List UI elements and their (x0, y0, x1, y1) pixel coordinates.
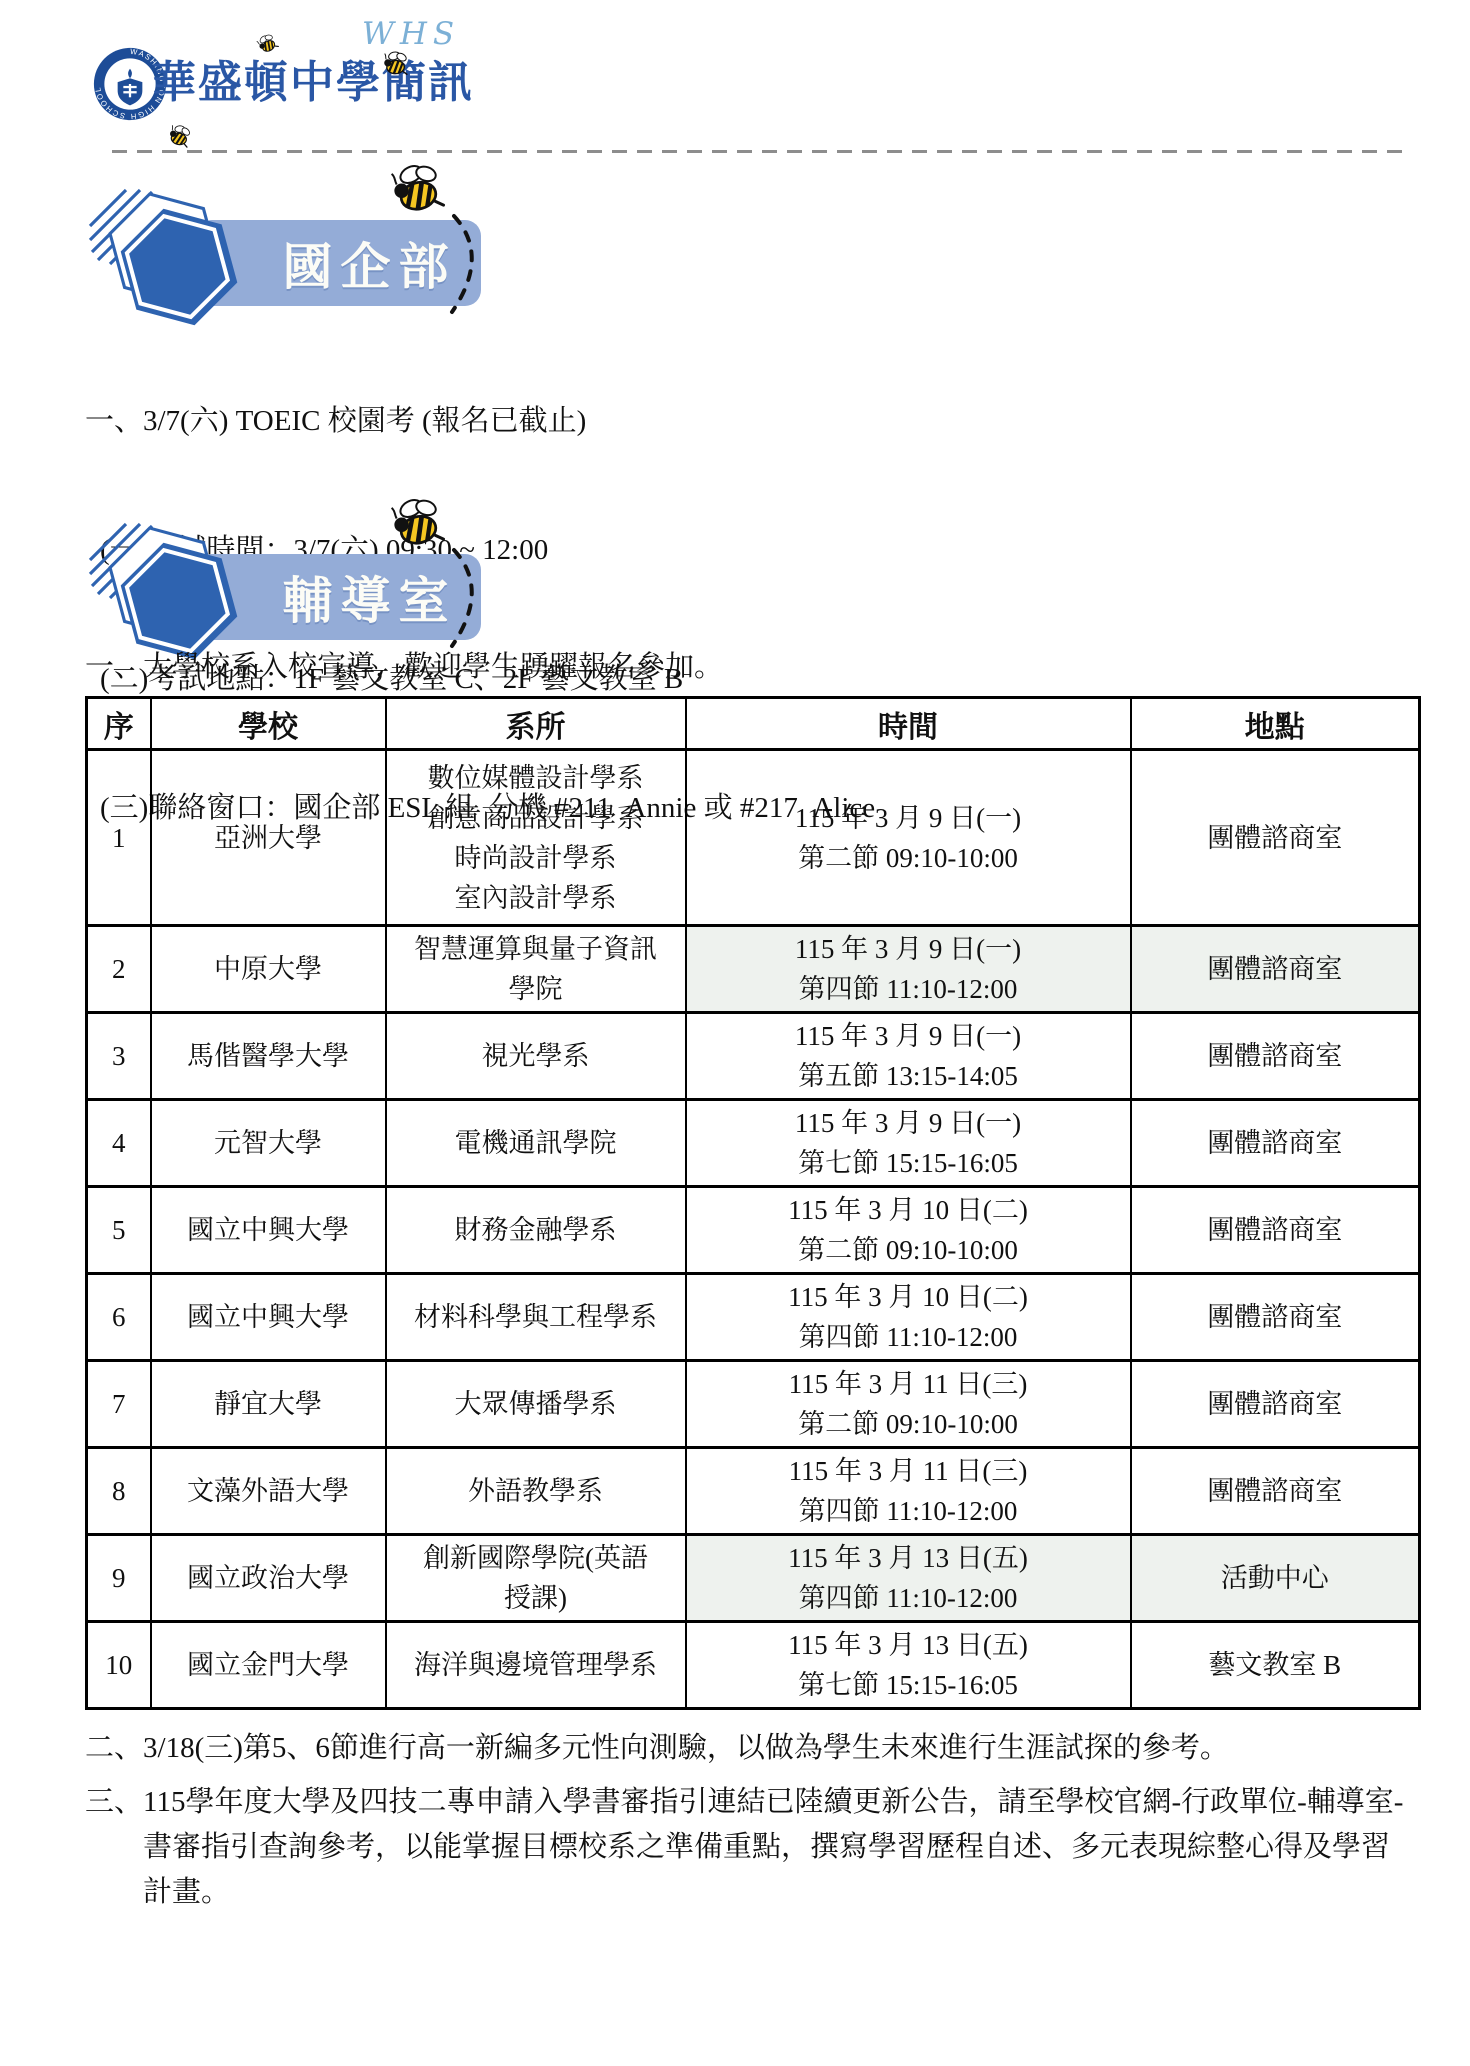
counseling-section: 一、大學校系入校宣導，歡迎學生踴躍報名參加。 序 學校 系所 時間 地點 1 亞… (85, 644, 1423, 1924)
table-row: 8 文藻外語大學 外語教學系 115 年 3 月 11 日(三) 第四節 11:… (87, 1448, 1420, 1535)
cell-dept: 大眾傳播學系 (386, 1361, 686, 1448)
table-row: 10 國立金門大學 海洋與邊境管理學系 115 年 3 月 13 日(五) 第七… (87, 1622, 1420, 1709)
university-visit-table: 序 學校 系所 時間 地點 1 亞洲大學 數位媒體設計學系 創意商品設計學系 時… (85, 696, 1421, 1710)
cell-no: 7 (87, 1361, 151, 1448)
column-header-time: 時間 (686, 698, 1131, 750)
cell-location: 團體諮商室 (1131, 1274, 1420, 1361)
cell-no: 6 (87, 1274, 151, 1361)
cell-time: 115 年 3 月 11 日(三) 第二節 09:10-10:00 (686, 1361, 1131, 1448)
cell-dept: 智慧運算與量子資訊 學院 (386, 926, 686, 1013)
cell-location: 團體諮商室 (1131, 750, 1420, 926)
note-text: 3/18(三)第5、6節進行高一新編多元性向測驗，以做為學生未來進行生涯試探的參… (143, 1732, 1229, 1764)
bee-icon (386, 162, 446, 217)
page-title: 華盛頓中學簡訊 (152, 46, 474, 110)
note-item: 三、115學年度大學及四技二專申請入學書審指引連結已陸續更新公告，請至學校官網-… (85, 1780, 1417, 1915)
bee-icon (386, 496, 446, 551)
cell-dept: 財務金融學系 (386, 1187, 686, 1274)
cell-school: 元智大學 (151, 1100, 386, 1187)
cell-school: 國立金門大學 (151, 1622, 386, 1709)
table-row: 1 亞洲大學 數位媒體設計學系 創意商品設計學系 時尚設計學系 室內設計學系 1… (87, 750, 1420, 926)
cell-time: 115 年 3 月 13 日(五) 第四節 11:10-12:00 (686, 1535, 1131, 1622)
dashed-divider (112, 150, 1412, 153)
cell-dept: 視光學系 (386, 1013, 686, 1100)
cell-no: 1 (87, 750, 151, 926)
cell-time: 115 年 3 月 9 日(一) 第七節 15:15-16:05 (686, 1100, 1131, 1187)
table-row: 7 靜宜大學 大眾傳播學系 115 年 3 月 11 日(三) 第二節 09:1… (87, 1361, 1420, 1448)
table-row: 9 國立政治大學 創新國際學院(英語 授課) 115 年 3 月 13 日(五)… (87, 1535, 1420, 1622)
table-header-row: 序 學校 系所 時間 地點 (87, 698, 1420, 750)
cell-time: 115 年 3 月 10 日(二) 第二節 09:10-10:00 (686, 1187, 1131, 1274)
cell-no: 5 (87, 1187, 151, 1274)
cell-no: 9 (87, 1535, 151, 1622)
column-header-location: 地點 (1131, 698, 1420, 750)
cell-dept: 創新國際學院(英語 授課) (386, 1535, 686, 1622)
cell-school: 國立政治大學 (151, 1535, 386, 1622)
table-row: 5 國立中興大學 財務金融學系 115 年 3 月 10 日(二) 第二節 09… (87, 1187, 1420, 1274)
badge-label: 國企部 (283, 227, 457, 299)
cell-no: 4 (87, 1100, 151, 1187)
column-header-dept: 系所 (386, 698, 686, 750)
cell-time: 115 年 3 月 11 日(三) 第四節 11:10-12:00 (686, 1448, 1131, 1535)
table-row: 4 元智大學 電機通訊學院 115 年 3 月 9 日(一) 第七節 15:15… (87, 1100, 1420, 1187)
toeic-line: 一、3/7(六) TOEIC 校園考 (報名已截止) (85, 400, 875, 443)
whs-script-text: WHS (362, 16, 460, 52)
bee-icon (377, 47, 412, 80)
cell-school: 靜宜大學 (151, 1361, 386, 1448)
cell-school: 文藻外語大學 (151, 1448, 386, 1535)
cell-no: 2 (87, 926, 151, 1013)
table-intro-text: 一、大學校系入校宣導，歡迎學生踴躍報名參加。 (85, 644, 1423, 685)
cell-dept: 電機通訊學院 (386, 1100, 686, 1187)
cell-dept: 海洋與邊境管理學系 (386, 1622, 686, 1709)
cell-location: 團體諮商室 (1131, 1361, 1420, 1448)
cell-location: 團體諮商室 (1131, 1448, 1420, 1535)
column-header-no: 序 (87, 698, 151, 750)
cell-dept: 外語教學系 (386, 1448, 686, 1535)
cell-no: 3 (87, 1013, 151, 1100)
cell-location: 團體諮商室 (1131, 926, 1420, 1013)
cell-time: 115 年 3 月 9 日(一) 第五節 13:15-14:05 (686, 1013, 1131, 1100)
column-header-school: 學校 (151, 698, 386, 750)
cell-location: 團體諮商室 (1131, 1013, 1420, 1100)
cell-location: 藝文教室 B (1131, 1622, 1420, 1709)
cell-location: 團體諮商室 (1131, 1187, 1420, 1274)
cell-school: 國立中興大學 (151, 1274, 386, 1361)
cell-location: 團體諮商室 (1131, 1100, 1420, 1187)
table-row: 6 國立中興大學 材料科學與工程學系 115 年 3 月 10 日(二) 第四節… (87, 1274, 1420, 1361)
cell-location: 活動中心 (1131, 1535, 1420, 1622)
table-row: 2 中原大學 智慧運算與量子資訊 學院 115 年 3 月 9 日(一) 第四節… (87, 926, 1420, 1013)
cell-school: 亞洲大學 (151, 750, 386, 926)
cell-no: 8 (87, 1448, 151, 1535)
cell-school: 馬偕醫學大學 (151, 1013, 386, 1100)
notes-block: 二、3/18(三)第5、6節進行高一新編多元性向測驗，以做為學生未來進行生涯試探… (85, 1726, 1417, 1915)
bee-icon (162, 120, 196, 153)
cell-dept: 數位媒體設計學系 創意商品設計學系 時尚設計學系 室內設計學系 (386, 750, 686, 926)
note-prefix: 三、 (85, 1786, 143, 1818)
cell-time: 115 年 3 月 9 日(一) 第二節 09:10-10:00 (686, 750, 1131, 926)
cell-school: 國立中興大學 (151, 1187, 386, 1274)
badge-label: 輔導室 (283, 561, 457, 633)
note-text: 115學年度大學及四技二專申請入學書審指引連結已陸續更新公告，請至學校官網-行政… (143, 1786, 1403, 1908)
cell-dept: 材料科學與工程學系 (386, 1274, 686, 1361)
cell-time: 115 年 3 月 10 日(二) 第四節 11:10-12:00 (686, 1274, 1131, 1361)
note-prefix: 二、 (85, 1732, 143, 1764)
note-item: 二、3/18(三)第5、6節進行高一新編多元性向測驗，以做為學生未來進行生涯試探… (85, 1726, 1417, 1771)
table-row: 3 馬偕醫學大學 視光學系 115 年 3 月 9 日(一) 第五節 13:15… (87, 1013, 1420, 1100)
cell-school: 中原大學 (151, 926, 386, 1013)
cell-time: 115 年 3 月 13 日(五) 第七節 15:15-16:05 (686, 1622, 1131, 1709)
cell-no: 10 (87, 1622, 151, 1709)
cell-time: 115 年 3 月 9 日(一) 第四節 11:10-12:00 (686, 926, 1131, 1013)
